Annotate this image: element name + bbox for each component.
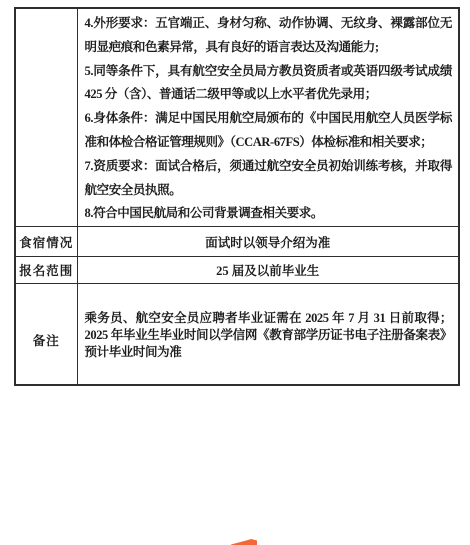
eligibility-label: 报名范围 — [15, 257, 77, 284]
condition-item-6: 6.身体条件：满足中国民用航空局颁布的《中国民用航空人员医学标准和体检合格证管理… — [85, 107, 453, 155]
eligibility-value: 25 届及以前毕业生 — [77, 257, 459, 284]
condition-item-4: 4.外形要求：五官端正、身材匀称、动作协调、无纹身、裸露部位无明显疤痕和色素异常… — [85, 12, 453, 60]
accommodation-label: 食宿情况 — [15, 227, 77, 257]
table-row-accommodation: 食宿情况 面试时以领导介绍为准 — [15, 227, 459, 257]
orange-swoosh-icon — [231, 539, 257, 545]
condition-item-5: 5.同等条件下，具有航空安全员局方教员资质者或英语四级考试成绩 425 分（含）… — [85, 60, 453, 108]
remarks-label: 备注 — [15, 284, 77, 385]
document-page: 4.外形要求：五官端正、身材匀称、动作协调、无纹身、裸露部位无明显疤痕和色素异常… — [0, 0, 470, 545]
condition-item-7: 7.资质要求：面试合格后，须通过航空安全员初始训练考核，并取得航空安全员执照。 — [85, 155, 453, 203]
table-row-eligibility: 报名范围 25 届及以前毕业生 — [15, 257, 459, 284]
recruitment-info-table: 4.外形要求：五官端正、身材匀称、动作协调、无纹身、裸露部位无明显疤痕和色素异常… — [14, 7, 460, 386]
remarks-cell: 乘务员、航空安全员应聘者毕业证需在 2025 年 7 月 31 日前取得；202… — [77, 284, 459, 385]
conditions-cell: 4.外形要求：五官端正、身材匀称、动作协调、无纹身、裸露部位无明显疤痕和色素异常… — [77, 8, 459, 227]
remarks-text: 乘务员、航空安全员应聘者毕业证需在 2025 年 7 月 31 日前取得；202… — [85, 310, 453, 361]
condition-item-8: 8.符合中国民航局和公司背景调查相关要求。 — [85, 202, 453, 226]
table-row-conditions: 4.外形要求：五官端正、身材匀称、动作协调、无纹身、裸露部位无明显疤痕和色素异常… — [15, 8, 459, 227]
conditions-label-cell-empty — [15, 8, 77, 227]
accommodation-value: 面试时以领导介绍为准 — [77, 227, 459, 257]
table-row-remarks: 备注 乘务员、航空安全员应聘者毕业证需在 2025 年 7 月 31 日前取得；… — [15, 284, 459, 385]
